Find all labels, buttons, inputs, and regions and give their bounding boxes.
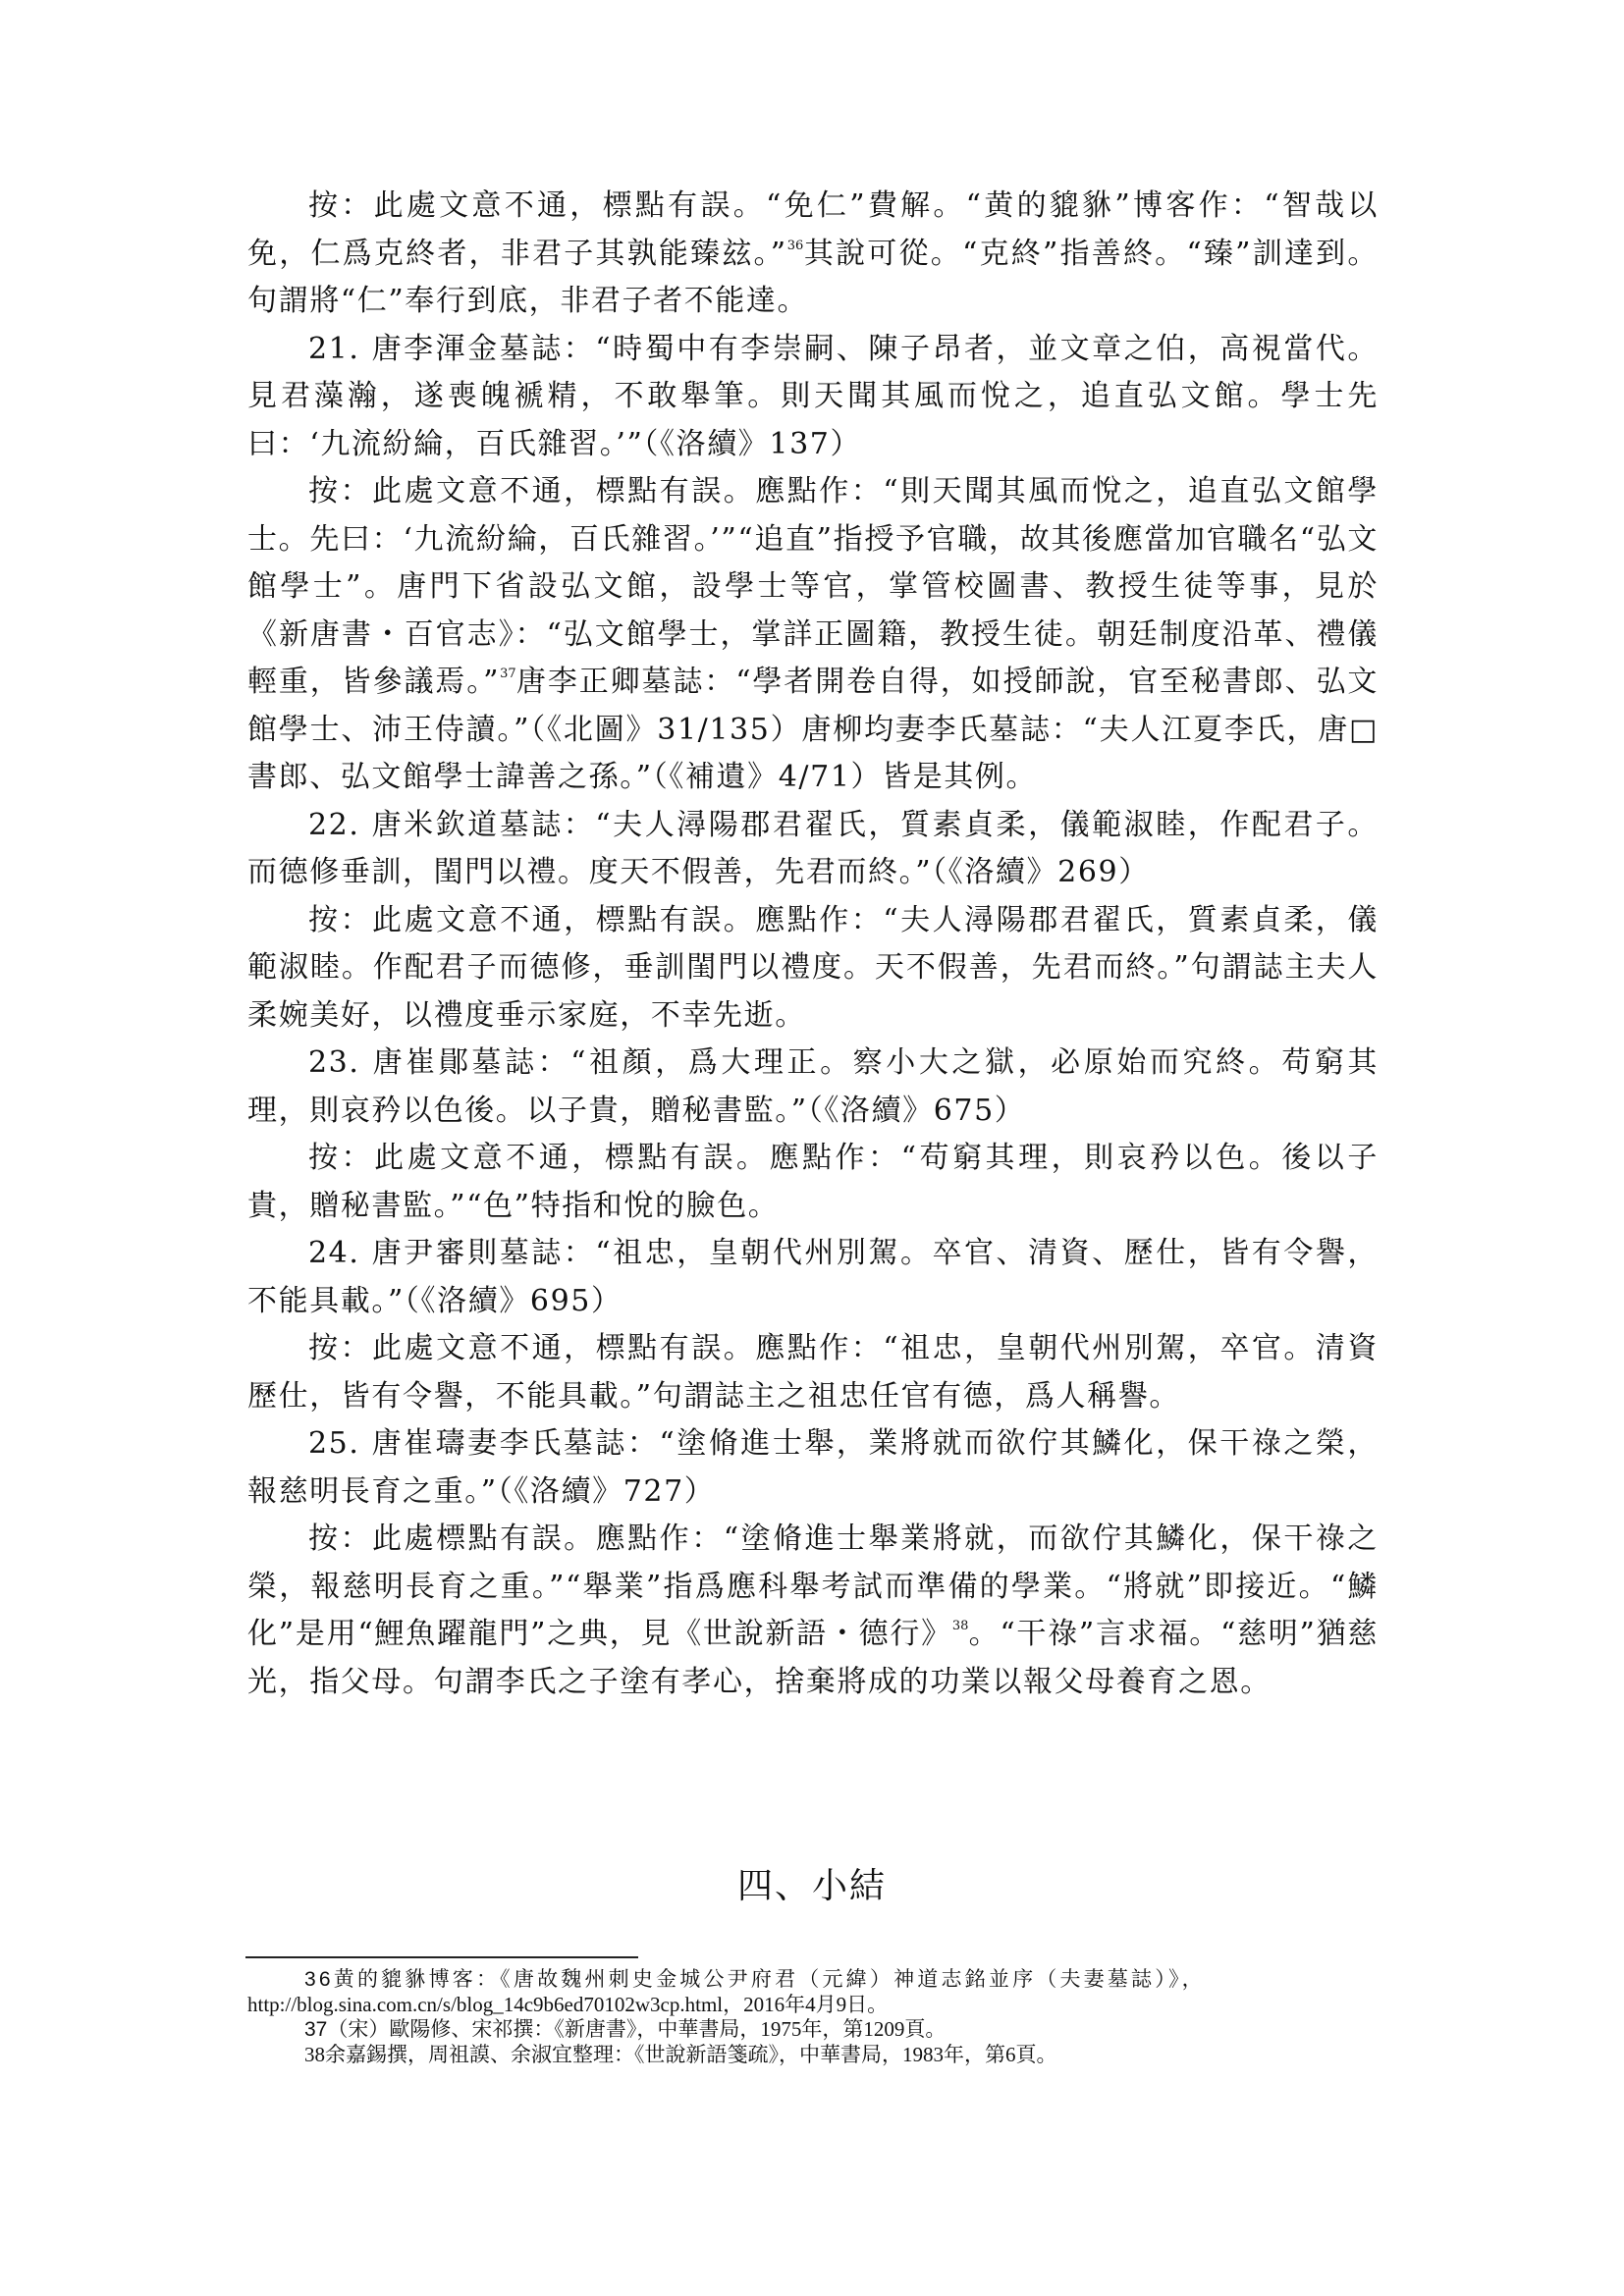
footnote-36: 36黄的貔貅博客：《唐故魏州刺史金城公尹府君（元緯）神道志銘並序（夫妻墓誌）》， (247, 1967, 1379, 1993)
footnote-text: 黄的貔貅博客：《唐故魏州刺史金城公尹府君（元緯）神道志銘並序（夫妻墓誌）》， (334, 1967, 1206, 1991)
paragraph-note-25: 按：此處標點有誤。應點作：“塗脩進士舉業將就，而欲佇其鱗化，保干祿之榮，報慈明長… (247, 1516, 1379, 1706)
paragraph-note-22: 按：此處文意不通，標點有誤。應點作：“夫人潯陽郡君翟氏，質素貞柔，儀範淑睦。作配… (247, 897, 1379, 1041)
paragraph-item-25: 25. 唐崔璹妻李氏墓誌：“塗脩進士舉，業將就而欲佇其鱗化，保干祿之榮，報慈明長… (247, 1420, 1379, 1516)
footnotes: 36黄的貔貅博客：《唐故魏州刺史金城公尹府君（元緯）神道志銘並序（夫妻墓誌）》，… (247, 1967, 1379, 2067)
footnote-37: 37（宋）歐陽修、宋祁撰：《新唐書》，中華書局，1975年，第1209頁。 (247, 2017, 1379, 2043)
footnote-38: 38余嘉錫撰，周祖謨、余淑宜整理：《世說新語箋疏》，中華書局，1983年，第6頁… (247, 2043, 1379, 2068)
footnote-ref-36[interactable]: 36 (787, 239, 804, 253)
footnote-number: 37 (304, 2018, 327, 2041)
body-text: 按：此處文意不通，標點有誤。“免仁”費解。“黄的貔貅”博客作：“智哉以免，仁爲克… (247, 183, 1379, 1706)
paragraph-item-24: 24. 唐尹審則墓誌：“祖忠，皇朝代州別駕。卒官、清資、歷仕，皆有令譽，不能具載… (247, 1230, 1379, 1325)
footnote-text: （宋）歐陽修、宋祁撰：《新唐書》，中華書局，1975年，第1209頁。 (327, 2017, 946, 2041)
paragraph-item-21: 21. 唐李渾金墓誌：“時蜀中有李崇嗣、陳子昂者，並文章之伯，高視當代。見君藻瀚… (247, 326, 1379, 469)
paragraph-note-24: 按：此處文意不通，標點有誤。應點作：“祖忠，皇朝代州別駕，卒官。清資歷仕，皆有令… (247, 1325, 1379, 1420)
footnote-ref-38[interactable]: 38 (952, 1619, 969, 1633)
section-title: 四、小結 (0, 1858, 1624, 1908)
footnote-number: 36 (304, 1968, 334, 1991)
paragraph-note-21: 按：此處文意不通，標點有誤。應點作：“則天聞其風而悅之，追直弘文館學士。先曰：‘… (247, 468, 1379, 802)
paragraph-note-20: 按：此處文意不通，標點有誤。“免仁”費解。“黄的貔貅”博客作：“智哉以免，仁爲克… (247, 183, 1379, 326)
paragraph-item-23: 23. 唐崔鄖墓誌：“祖顏，爲大理正。察小大之獄，必原始而究終。苟窮其理，則哀矜… (247, 1040, 1379, 1135)
footnote-ref-37[interactable]: 37 (500, 667, 516, 681)
paragraph-note-23: 按：此處文意不通，標點有誤。應點作：“苟窮其理，則哀矜以色。後以子貴，贈秘書監。… (247, 1135, 1379, 1230)
paragraph-item-22: 22. 唐米欽道墓誌：“夫人潯陽郡君翟氏，質素貞柔，儀範淑睦，作配君子。而德修垂… (247, 802, 1379, 897)
footnote-36-url[interactable]: http://blog.sina.com.cn/s/blog_14c9b6ed7… (247, 1993, 1379, 2018)
footnote-divider (245, 1956, 638, 1958)
